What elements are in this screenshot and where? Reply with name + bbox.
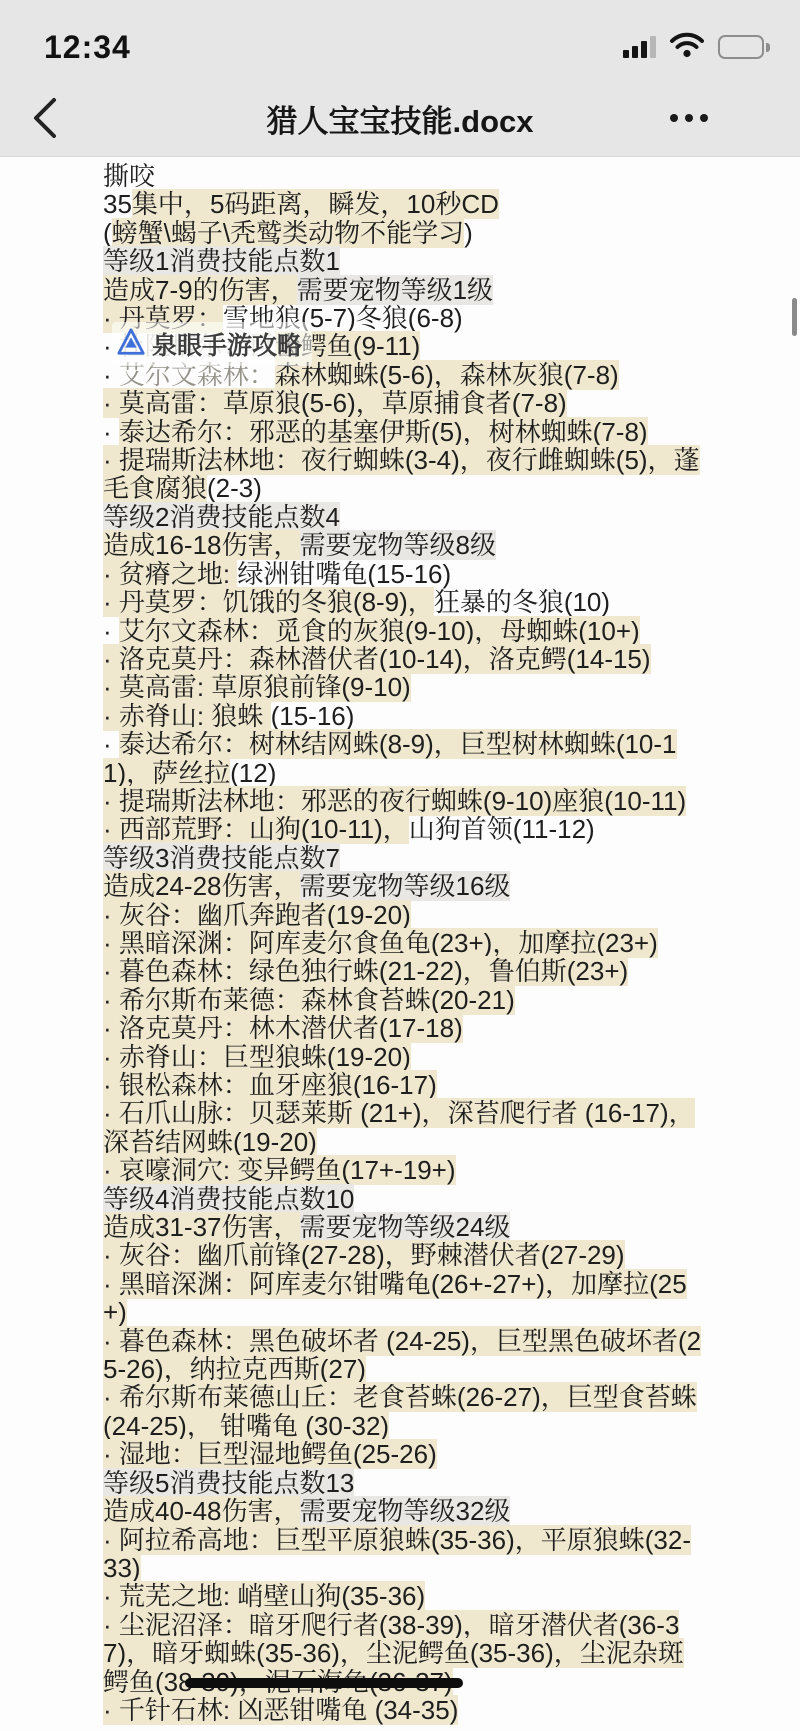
text-segment: 觅食的灰狼(9-10)， [275, 616, 500, 646]
paragraph: · 尘泥沼泽：暗牙爬行者(38-39)，暗牙潜伏者(36-37)，暗牙蜘蛛(35… [103, 1611, 703, 1696]
paragraph: 造成24-28伤害，需要宠物等级16级 [103, 872, 703, 900]
text-segment: · [103, 616, 119, 646]
text-segment: 暮色森林： [119, 1326, 249, 1356]
paragraph: · 丹莫罗：饥饿的冬狼(8-9)，狂暴的冬狼(10) [103, 588, 703, 616]
text-segment: 5码距离， [210, 189, 328, 219]
text-segment: 幽爪奔跑者(19-20) [197, 900, 411, 930]
paragraph: · 灰谷：幽爪奔跑者(19-20) [103, 901, 703, 929]
text-segment: 石爪山脉： [119, 1098, 249, 1128]
watermark-label: 泉眼手游攻略 [152, 326, 302, 362]
text-segment: 瞬发，10秒CD [328, 189, 498, 219]
paragraph: · 希尔斯布莱德山丘：老食苔蛛(26-27)，巨型食苔蛛(24-25)， 钳嘴龟… [103, 1383, 703, 1440]
paragraph: · 莫高雷：草原狼(5-6)，草原捕食者(7-8) [103, 389, 703, 417]
text-segment: 巨型平原狼蛛(35-36)， [275, 1525, 541, 1555]
text-segment: 贝瑟莱斯 (21+)， [249, 1098, 448, 1128]
scrollbar-thumb[interactable] [792, 298, 797, 336]
text-segment: 湿地： [119, 1439, 197, 1469]
paragraph: 造成31-37伤害，需要宠物等级24级 [103, 1213, 703, 1241]
clock: 12:34 [44, 29, 131, 66]
text-segment: 山狗首领(11-12) [409, 814, 595, 844]
paragraph: · 西部荒野：山狗(10-11)，山狗首领(11-12) [103, 815, 703, 843]
text-segment: (12) [230, 758, 276, 788]
paragraph: · 千针石林: 凶恶钳嘴龟 (34-35) [103, 1696, 703, 1724]
paragraph: · 提瑞斯法林地：邪恶的夜行蜘蛛(9-10)座狼(10-11) [103, 787, 703, 815]
paragraph: · 暮色森林：绿色独行蛛(21-22)，鲁伯斯(23+) [103, 957, 703, 985]
nav-bar: 猎人宝宝技能.docx [0, 80, 800, 156]
paragraph: · 阿拉希高地：巨型平原狼蛛(35-36)，平原狼蛛(32-33) [103, 1526, 703, 1583]
text-segment: 需要宠物等级8级 [300, 530, 496, 560]
text-segment: 老食苔蛛(26-27)， [353, 1382, 567, 1412]
text-segment: 树林结网蛛(8-9)， [249, 729, 460, 759]
text-segment: 希尔斯布莱德： [119, 985, 301, 1015]
paragraph: · 艾尔文森林：觅食的灰狼(9-10)，母蜘蛛(10+) [103, 617, 703, 645]
paragraph: 撕咬 [103, 162, 703, 190]
text-segment: 狼蛛 [211, 701, 270, 731]
paragraph: · 贫瘠之地: 绿洲钳嘴龟(15-16) [103, 560, 703, 588]
text-segment: 血牙座狼(16-17) [249, 1070, 437, 1100]
text-segment: 森林蜘蛛(5-6)，森林灰狼(7-8) [275, 360, 619, 390]
paragraph: 造成40-48伤害，需要宠物等级32级 [103, 1497, 703, 1525]
text-segment: · [103, 1269, 119, 1299]
paragraph: 造成7-9的伤害，需要宠物等级1级 [103, 276, 703, 304]
text-segment: · [103, 985, 119, 1015]
text-segment: 提瑞斯法林地：夜行蜘蛛(3-4)，夜行雌蜘蛛(5)， [119, 445, 674, 475]
paragraph: · 灰谷：幽爪前锋(27-28)，野棘潜伏者(27-29) [103, 1241, 703, 1269]
text-segment: 狂暴的冬狼(10) [434, 587, 610, 617]
text-segment: 萨丝拉 [152, 758, 230, 788]
text-segment: 赤脊山： [119, 1042, 223, 1072]
paragraph: · 洛克莫丹：森林潜伏者(10-14)，洛克鳄(14-15) [103, 645, 703, 673]
text-segment: 螃蟹\蝎子\秃鹫类动物不能学习 [112, 218, 464, 248]
text-segment: · [103, 1695, 119, 1725]
text-segment: · [103, 644, 119, 674]
text-segment: 需要宠物等级32级 [300, 1496, 511, 1526]
more-button[interactable] [670, 114, 708, 122]
text-segment: 集中， [132, 189, 210, 219]
text-segment: 阿拉希高地： [119, 1525, 275, 1555]
text-segment: · [103, 814, 119, 844]
text-segment: 需要宠物等级24级 [300, 1212, 511, 1242]
text-segment: 洛克莫丹： [119, 644, 249, 674]
text-segment: 阿库麦尔食鱼龟(23+)， [249, 928, 518, 958]
text-segment: · [103, 729, 119, 759]
text-segment: 莫高雷： [119, 388, 223, 418]
text-segment: 等级3消费技能点数7 [103, 843, 340, 873]
text-segment: 泰达希尔： [119, 417, 249, 447]
top-chrome: 12:34 猎人宝宝技能.docx [0, 0, 800, 157]
text-segment: 泰达希尔： [119, 729, 249, 759]
text-segment: · [103, 672, 119, 702]
paragraph: · 莫高雷: 草原狼前锋(9-10) [103, 673, 703, 701]
paragraph: 等级4消费技能点数10 [103, 1185, 703, 1213]
text-segment: 银松森林： [119, 1070, 249, 1100]
text-segment: 丹莫罗： [119, 587, 223, 617]
text-segment: 草原狼(5-6)，草原捕食者(7-8) [223, 388, 567, 418]
paragraph: (螃蟹\蝎子\秃鹫类动物不能学习) [103, 219, 703, 247]
paragraph: · 洛克莫丹：林木潜伏者(17-18) [103, 1014, 703, 1042]
text-segment: 深苔结网蛛(19-20) [103, 1127, 317, 1157]
text-segment: 贫瘠之地: [119, 559, 237, 589]
paragraph: · 哀嚎洞穴: 变异鳄鱼(17+-19+) [103, 1156, 703, 1184]
text-segment: (15-16) [271, 701, 355, 731]
text-segment: 造成7-9的伤害， [103, 275, 297, 305]
paragraph: · 赤脊山：巨型狼蛛(19-20) [103, 1043, 703, 1071]
paragraph: 等级1消费技能点数1 [103, 247, 703, 275]
status-icons [623, 32, 770, 63]
text-segment: 鲁伯斯(23+) [489, 956, 628, 986]
paragraph: · 银松森林：血牙座狼(16-17) [103, 1071, 703, 1099]
text-segment: · [103, 900, 119, 930]
paragraph: · 赤脊山: 狼蛛 (15-16) [103, 702, 703, 730]
text-segment: · [103, 928, 119, 958]
text-segment: 深苔爬行者 (16-17)， [448, 1098, 695, 1128]
text-segment: 哀嚎洞穴: [119, 1155, 237, 1185]
text-segment: 山狗(10-11)， [249, 814, 409, 844]
battery-icon [718, 35, 770, 59]
paragraph: · 石爪山脉：贝瑟莱斯 (21+)，深苔爬行者 (16-17)，深苔结网蛛(19… [103, 1099, 703, 1156]
text-segment: 黑暗深渊： [119, 1269, 249, 1299]
text-segment: 撕咬 [103, 161, 155, 191]
text-segment: 绿洲钳嘴龟(15-16) [237, 559, 451, 589]
text-segment: 荒芜之地: [119, 1581, 237, 1611]
text-segment: 野棘潜伏者(27-29) [411, 1240, 625, 1270]
text-segment: · [103, 1382, 119, 1412]
text-segment: 造成24-28伤害， [103, 871, 300, 901]
text-segment: 提瑞斯法林地： [119, 786, 301, 816]
text-segment: 35 [103, 189, 132, 219]
text-segment: · [103, 1155, 119, 1185]
text-segment: · [103, 1581, 119, 1611]
text-segment: · [103, 388, 119, 418]
cellular-signal-icon [623, 36, 656, 58]
text-segment: 凶恶钳嘴龟 (34-35) [237, 1695, 458, 1725]
watermark-badge: 泉眼手游攻略 [112, 322, 312, 366]
text-segment: 加摩拉(23+) [518, 928, 657, 958]
text-segment: ) [464, 218, 473, 248]
text-segment: 灰谷： [119, 900, 197, 930]
text-segment: 饥饿的冬狼(8-9)， [223, 587, 434, 617]
paragraph: 造成16-18伤害，需要宠物等级8级 [103, 531, 703, 559]
text-segment: 森林潜伏者(10-14)， [249, 644, 489, 674]
text-segment: 赤脊山: [119, 701, 211, 731]
text-segment: 尘泥沼泽： [119, 1610, 249, 1640]
paragraph: · 泰达希尔：树林结网蛛(8-9)，巨型树林蜘蛛(10-11)，萨丝拉(12) [103, 730, 703, 787]
paragraph: · 提瑞斯法林地：夜行蜘蛛(3-4)，夜行雌蜘蛛(5)，蓬毛食腐狼(2-3) [103, 446, 703, 503]
text-segment: · [103, 445, 119, 475]
text-segment: 洛克鳄(14-15) [489, 644, 651, 674]
text-segment: 莫高雷: [119, 672, 211, 702]
text-segment: · [103, 1042, 119, 1072]
text-segment: 造成40-48伤害， [103, 1496, 300, 1526]
text-segment: 造成31-37伤害， [103, 1212, 300, 1242]
text-segment: · [103, 417, 119, 447]
text-segment: 林木潜伏者(17-18) [249, 1013, 463, 1043]
paragraph: · 湿地：巨型湿地鳄鱼(25-26) [103, 1440, 703, 1468]
text-segment: 等级4消费技能点数10 [103, 1184, 354, 1214]
text-segment: · [103, 1439, 119, 1469]
text-segment: 黑暗深渊： [119, 928, 249, 958]
text-segment: 邪恶的基塞伊斯(5)，树林蜘蛛(7-8) [249, 417, 648, 447]
paragraph: · 黑暗深渊：阿库麦尔钳嘴龟(26+-27+)，加摩拉(25+) [103, 1270, 703, 1327]
text-segment: · [103, 956, 119, 986]
paragraph: · 泰达希尔：邪恶的基塞伊斯(5)，树林蜘蛛(7-8) [103, 418, 703, 446]
paragraph: · 希尔斯布莱德：森林食苔蛛(20-21) [103, 986, 703, 1014]
text-segment: 黑色破坏者 (24-25)， [249, 1326, 496, 1356]
text-segment: ( [103, 218, 112, 248]
text-segment: 草原狼前锋(9-10) [211, 672, 410, 702]
text-segment: 森林食苔蛛(20-21) [301, 985, 515, 1015]
paragraph: · 黑暗深渊：阿库麦尔食鱼龟(23+)，加摩拉(23+) [103, 929, 703, 957]
paragraph: 等级5消费技能点数13 [103, 1469, 703, 1497]
paragraph: 等级2消费技能点数4 [103, 503, 703, 531]
text-segment: · [103, 701, 119, 731]
text-segment: 暮色森林： [119, 956, 249, 986]
text-segment: 幽爪前锋(27-28)， [197, 1240, 411, 1270]
text-segment: 等级5消费技能点数13 [103, 1468, 354, 1498]
text-segment: 需要宠物等级16级 [300, 871, 511, 901]
text-segment: · [103, 1326, 119, 1356]
text-segment: · [103, 786, 119, 816]
status-bar: 12:34 [0, 0, 800, 80]
watermark-logo-icon [116, 327, 146, 362]
text-segment: -39)，泥石海龟(36-37) [193, 1667, 453, 1697]
text-segment: · [103, 1610, 119, 1640]
paragraph: · 荒芜之地: 峭壁山狗(35-36) [103, 1582, 703, 1610]
text-segment: 母蜘蛛(10+) [500, 616, 639, 646]
text-segment: 钳嘴龟 (30-32) [220, 1411, 389, 1441]
text-segment: 峭壁山狗(35-36) [237, 1581, 425, 1611]
text-segment: 变异鳄鱼(17+-19+) [237, 1155, 455, 1185]
text-segment: 希尔斯布莱德山丘： [119, 1382, 353, 1412]
text-segment: (2-3) [207, 473, 262, 503]
text-segment: 等级1消费技能点数1 [103, 246, 340, 276]
text-segment: · [103, 1013, 119, 1043]
text-segment: · [103, 1525, 119, 1555]
text-segment: · [103, 1240, 119, 1270]
text-segment: · [103, 1098, 119, 1128]
text-segment: 纳拉克西斯(27) [190, 1354, 366, 1384]
text-segment: 绿色独行蛛(21-22)， [249, 956, 489, 986]
text-segment: 灰谷： [119, 1240, 197, 1270]
text-segment: 千针石林: [119, 1695, 237, 1725]
text-segment: 等级2消费技能点数4 [103, 502, 340, 532]
text-segment: 巨型湿地鳄鱼(25-26) [197, 1439, 437, 1469]
text-segment: 西部荒野： [119, 814, 249, 844]
text-segment: 需要宠物等级1级 [297, 275, 493, 305]
text-segment: · [103, 587, 119, 617]
text-segment: 艾尔文森林： [119, 616, 275, 646]
text-segment: · [103, 1070, 119, 1100]
text-segment: 洛克莫丹： [119, 1013, 249, 1043]
text-segment: · [103, 559, 119, 589]
paragraph: 35集中，5码距离，瞬发，10秒CD [103, 190, 703, 218]
text-segment: 邪恶的夜行蜘蛛(9-10)座狼(10-11) [301, 786, 686, 816]
wifi-icon [670, 32, 704, 63]
text-segment: 造成16-18伤害， [103, 530, 300, 560]
paragraph: 等级3消费技能点数7 [103, 844, 703, 872]
document-body[interactable]: 撕咬35集中，5码距离，瞬发，10秒CD(螃蟹\蝎子\秃鹫类动物不能学习)等级1… [0, 157, 800, 1731]
text-segment: 巨型狼蛛(19-20) [223, 1042, 411, 1072]
paragraph: · 暮色森林：黑色破坏者 (24-25)，巨型黑色破坏者(25-26)，纳拉克西… [103, 1327, 703, 1384]
text-segment: 阿库麦尔钳嘴龟(26+-27+)， [249, 1269, 571, 1299]
